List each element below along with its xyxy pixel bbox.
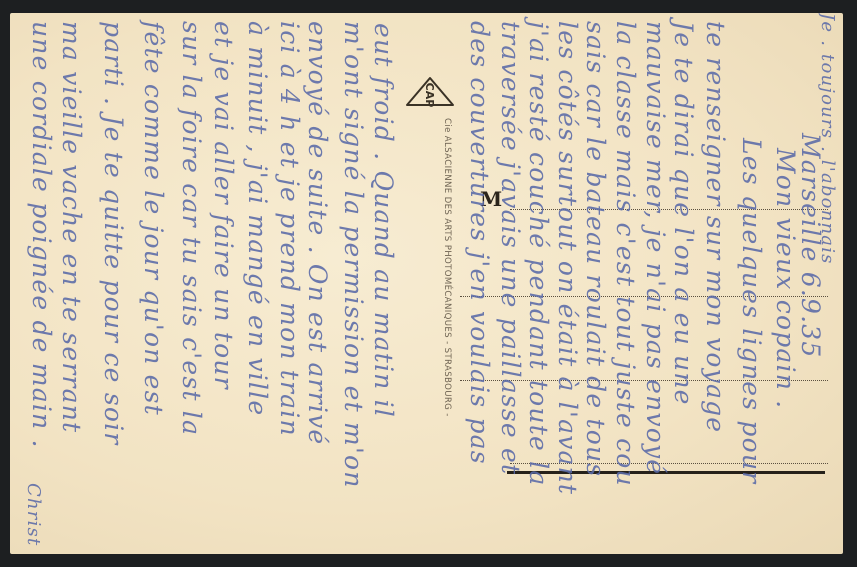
handwriting-column: mauvaise mer, je n'ai pas envoyé (641, 21, 670, 475)
svg-text:CAP: CAP (423, 83, 436, 108)
handwriting-column: j'ai resté couché pendant toute la (524, 21, 553, 486)
publisher-logo-icon: CAP (404, 75, 456, 109)
handwriting-column: des couvertures j'en voulais pas (465, 21, 494, 465)
handwriting-column: ma vieille vache en te serrant (57, 21, 86, 433)
handwriting-column: Je te dirai que l'on a eu une (669, 21, 698, 406)
handwriting-column: Mon vieux copain . (771, 148, 800, 409)
handwriting-column: ici à 4 h et je prend mon train (275, 21, 304, 437)
handwriting-column: les côtés surtout on était à l'avant (553, 21, 582, 495)
handwriting-column: et je vai aller faire un tour (209, 21, 238, 390)
handwriting-column: une cordiale poignée de main . (27, 21, 56, 449)
postcard-back: CAP Cie ALSACIENNE DES ARTS PHOTOMÉCANIQ… (10, 13, 843, 554)
handwriting-column: la classe mais c'est tout juste cou (611, 21, 640, 487)
handwriting-column: Marseille 6.9.35 (796, 133, 825, 359)
handwriting-column: m'ont signé la permission et m'on (339, 21, 368, 489)
handwriting-column: Les quelques lignes pour (737, 138, 766, 484)
publisher-imprint: Cie ALSACIENNE DES ARTS PHOTOMÉCANIQUES … (432, 118, 452, 538)
handwriting-column: sur la foire car tu sais c'est la (177, 21, 206, 436)
handwriting-signature: Christ (23, 483, 44, 546)
handwriting-column: à minuit , j'ai mangé en ville (243, 21, 272, 416)
handwriting-column: te renseigner sur mon voyage (701, 21, 730, 433)
handwriting-column: eut froid . Quand au matin il (369, 23, 398, 418)
handwriting-column: traversée j'avais une paillasse et (496, 21, 525, 475)
publisher-text: Cie ALSACIENNE DES ARTS PHOTOMÉCANIQUES … (442, 118, 452, 538)
handwriting-column: fête comme le jour qu'on est (139, 21, 168, 416)
handwriting-column: parti . Je te quitte pour ce soir (99, 21, 128, 445)
handwriting-column: envoyé de suite . On est arrivé (303, 21, 332, 445)
handwriting-column: sais car le bateau roulait de tous (581, 21, 610, 477)
